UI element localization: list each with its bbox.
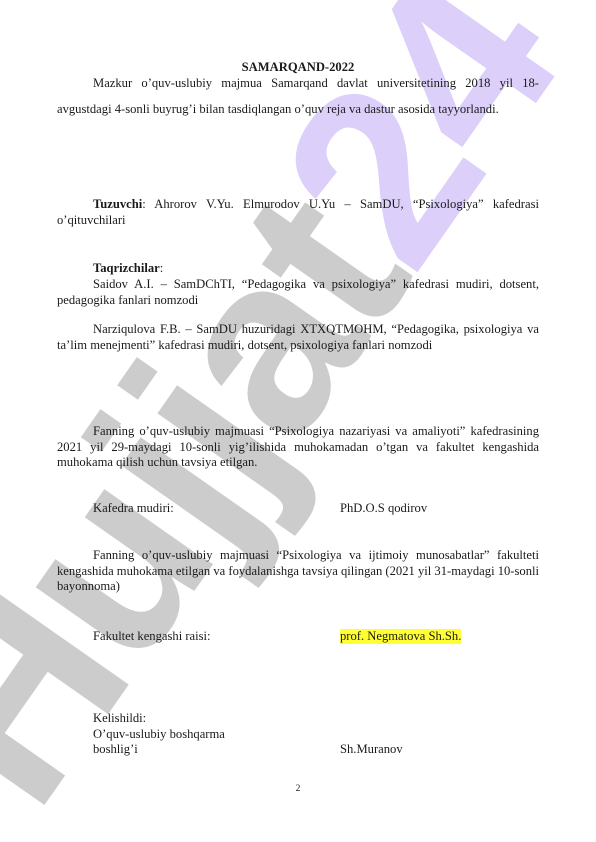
faculty-chair-name-highlighted: prof. Negmatova Sh.Sh. xyxy=(340,629,461,644)
department-approval-paragraph: Fanning o’quv-uslubiy majmuasi “Psixolog… xyxy=(57,424,539,471)
agreed-label: Kelishildi: xyxy=(93,710,146,726)
compiler-label: Tuzuvchi xyxy=(93,197,142,211)
page-number: 2 xyxy=(0,784,596,794)
document-page: Hujjat24 SAMARQAND-2022 Mazkur o’quv-usl… xyxy=(0,0,596,842)
svg-text:Hujjat24: Hujjat24 xyxy=(0,0,596,842)
reviewers-label: Taqrizchilar xyxy=(93,261,160,275)
agreed-signature: boshlig’i Sh.Muranov xyxy=(93,742,539,758)
reviewer-item: Saidov A.I. – SamDChTI, “Pedagogika va p… xyxy=(57,277,539,308)
faculty-chair-label: Fakultet kengashi raisi: xyxy=(93,629,211,644)
intro-paragraph: Mazkur o’quv-uslubiy majmua Samarqand da… xyxy=(57,70,539,122)
faculty-chair-signature: Fakultet kengashi raisi: prof. Negmatova… xyxy=(93,629,539,645)
reviewers-heading: Taqrizchilar: xyxy=(57,261,539,277)
reviewer-item: Narziqulova F.B. – SamDU huzuridagi XTXQ… xyxy=(57,322,539,353)
watermark-hujjat24-icon: Hujjat24 xyxy=(0,0,596,842)
agreed-position-line2: boshlig’i xyxy=(93,742,138,757)
agreed-position-line1: O’quv-uslubiy boshqarma xyxy=(93,726,225,742)
department-head-signature: Kafedra mudiri: PhD.O.S qodirov xyxy=(93,501,539,517)
department-head-name: PhD.O.S qodirov xyxy=(340,501,427,516)
department-head-label: Kafedra mudiri: xyxy=(93,501,174,516)
compiler-paragraph: Tuzuvchi: Ahrorov V.Yu. Elmurodov U.Yu –… xyxy=(57,197,539,228)
faculty-approval-paragraph: Fanning o’quv-uslubiy majmuasi “Psixolog… xyxy=(57,548,539,595)
agreed-name: Sh.Muranov xyxy=(340,742,403,757)
